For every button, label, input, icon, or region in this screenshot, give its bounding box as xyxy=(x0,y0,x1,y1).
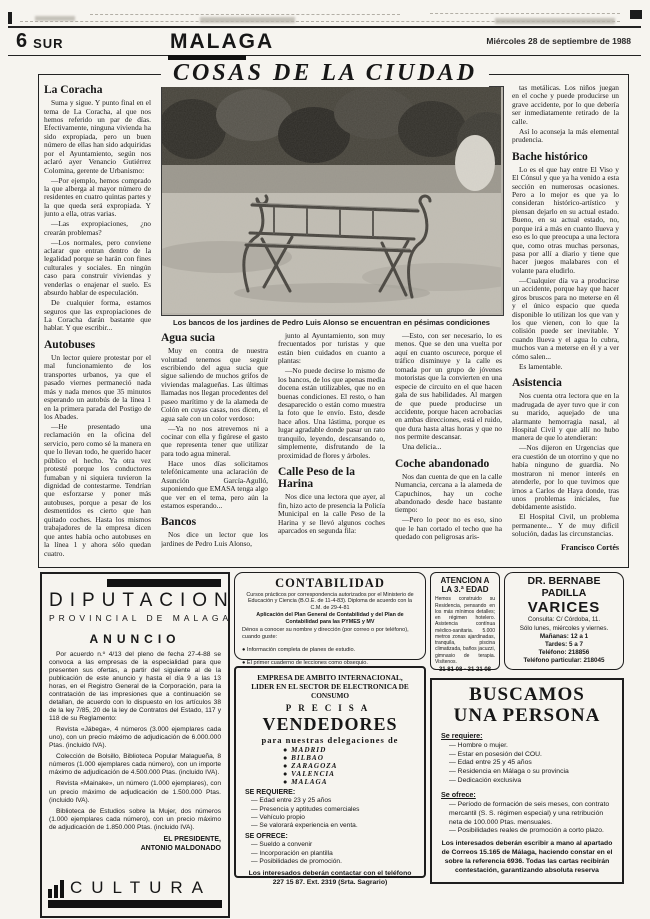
paragraph: Nos dice un lector que los jardines de P… xyxy=(161,531,268,548)
scan-smudge xyxy=(200,17,295,23)
vendedores-ofrece-label: SE OFRECE: xyxy=(245,833,415,840)
article-coche-abandonado: Coche abandonado Nos dan cuenta de que e… xyxy=(395,458,502,542)
contabilidad-title: CONTABILIDAD xyxy=(242,576,418,591)
article-calle-peso: Calle Peso de la Harina Nos dice una lec… xyxy=(278,466,385,535)
doctor-name-line1: DR. BERNABE xyxy=(511,576,617,588)
article-body: Suma y sigue. Y punto final en el tema d… xyxy=(44,99,151,333)
photo-benches xyxy=(161,86,504,316)
article-body: Nos dice un lector que los jardines de P… xyxy=(161,531,268,548)
paragraph: —Los normales, pero conviene aclarar que… xyxy=(44,239,151,298)
paragraph: —No puede decirse lo mismo de los bancos… xyxy=(278,367,385,460)
author-signature: Francisco Cortés xyxy=(512,543,619,552)
contabilidad-authorization: Cursos prácticos por correspondencia aut… xyxy=(242,592,418,611)
article-calle-peso-continuation: —Esto, con ser necesario, lo es menos. Q… xyxy=(395,332,502,452)
paragraph: ● Información completa de planes de estu… xyxy=(242,647,418,654)
anuncio-signer: ANTONIO MALDONADO xyxy=(49,844,221,853)
cultura-logo: CULTURA xyxy=(48,878,222,908)
column-5: tas metálicas. Los niños juegan en el co… xyxy=(512,84,619,562)
scan-smudge xyxy=(35,16,75,21)
article-bache-historico: Bache histórico Lo es el que hay entre E… xyxy=(512,151,619,372)
date-label: Miércoles 28 de septiembre de 1988 xyxy=(486,36,631,46)
vendedores-requiere-list: — Edad entre 23 y 25 años— Presencia y a… xyxy=(245,797,415,830)
paragraph: — Presencia y aptitudes comerciales xyxy=(251,806,415,814)
article-heading: Autobuses xyxy=(44,339,151,351)
paragraph: Por acuerdo n.º 4/13 del pleno de fecha … xyxy=(49,651,221,723)
buscamos-title-line1: BUSCAMOS xyxy=(441,685,613,706)
varices-consulta: Consulta: C/ Córdoba, 11. xyxy=(511,616,617,624)
photo-caption: Los bancos de los jardines de Pedro Luis… xyxy=(161,318,502,327)
ad-contabilidad: CONTABILIDAD Cursos prácticos por corres… xyxy=(234,572,426,660)
diputacion-black-bar xyxy=(107,579,221,587)
article-heading: Coche abandonado xyxy=(395,458,502,470)
buscamos-footer: Los interesados deberán escribir a mano … xyxy=(441,840,613,875)
newspaper-page: { "header": { "page_number": "6", "editi… xyxy=(0,0,650,919)
city-label: MALAGA xyxy=(170,30,274,54)
cultura-wordmark: CULTURA xyxy=(70,878,212,898)
ad-buscamos-persona: BUSCAMOS UNA PERSONA Se requiere: — Homb… xyxy=(430,678,624,884)
paragraph: Revista «Mainake», un número (1.000 ejem… xyxy=(49,780,221,804)
article-heading: Agua sucia xyxy=(161,332,268,344)
article-body: Lo es el que hay entre El Viso y El Cóns… xyxy=(512,166,619,372)
paragraph: — Posibilidades reales de promoción a co… xyxy=(449,827,613,836)
article-heading: Asistencia xyxy=(512,377,619,389)
atencion-title-line2: LA 3.ª EDAD xyxy=(435,585,495,594)
column-1: La Coracha Suma y sigue. Y punto final e… xyxy=(44,84,151,562)
paragraph: — Incorporación en plantilla xyxy=(251,850,415,858)
article-agua-sucia: Agua sucia Muy en contra de nuestra volu… xyxy=(161,332,268,510)
atencion-body: Hemos construido su Residencia, pensando… xyxy=(435,596,495,665)
vendedores-footer: Los interesados deberán contactar con el… xyxy=(245,870,415,888)
paragraph: — Se valorará experiencia en venta. xyxy=(251,822,415,830)
scan-mark xyxy=(8,12,12,24)
paragraph: ● VALENCIA xyxy=(283,770,415,778)
diputacion-logo: DIPUTACION xyxy=(49,590,221,612)
paragraph: El Hospital Civil, un problema permanent… xyxy=(512,513,619,538)
page-header: 6 SUR MALAGA Miércoles 28 de septiembre … xyxy=(8,26,641,56)
article-coche-continuation: tas metálicas. Los niños juegan en el co… xyxy=(512,84,619,145)
paragraph: — Vehículo propio xyxy=(251,814,415,822)
vendedores-requiere-label: SE REQUIERE: xyxy=(245,789,415,796)
paragraph: —He presentado una reclamación en la ofi… xyxy=(44,423,151,558)
paragraph: Hace unos días solicitamos telefónicamen… xyxy=(161,460,268,511)
scan-artifact xyxy=(430,13,620,14)
buscamos-title-line2: UNA PERSONA xyxy=(441,706,613,727)
paragraph: — Residencia en Málaga o su provincia xyxy=(449,768,613,777)
ad-diputacion: DIPUTACION PROVINCIAL DE MALAGA ANUNCIO … xyxy=(40,572,230,918)
paragraph: Así lo aconseja la más elemental prudenc… xyxy=(512,128,619,145)
paragraph: — Período de formación de seis meses, co… xyxy=(449,801,613,827)
atencion-phone: 31 81 08 - 31 21 08 xyxy=(435,667,495,673)
photo-illustration xyxy=(162,87,501,313)
paragraph: Nos dice una lectora que ayer, al fin, h… xyxy=(278,493,385,535)
paragraph: — Estar en posesión del COU. xyxy=(449,751,613,760)
article-body: Nos dice una lectora que ayer, al fin, h… xyxy=(278,493,385,535)
article-asistencia: Asistencia Nos cuenta otra lectora que e… xyxy=(512,377,619,539)
varices-phone: Teléfono: 218856 xyxy=(511,649,617,657)
paragraph: ● MADRID xyxy=(283,746,415,754)
article-autobuses: Autobuses Un lector quiere protestar por… xyxy=(44,339,151,558)
scan-smudge xyxy=(495,18,615,24)
section-title: COSAS DE LA CIUDAD xyxy=(161,60,489,87)
article-body: Un lector quiere protestar por el mal fu… xyxy=(44,354,151,558)
cultura-bars-icon xyxy=(48,880,64,898)
paragraph: —Pero lo peor no es eso, sino que le han… xyxy=(395,516,502,541)
article-body: Muy en contra de nuestra voluntad tenemo… xyxy=(161,347,268,510)
vendedores-header: EMPRESA DE AMBITO INTERNACIONAL, LIDER E… xyxy=(245,673,415,700)
varices-phone-private: Teléfono particular: 218045 xyxy=(511,657,617,665)
varices-hours-evening: Tardes: 5 a 7 xyxy=(511,641,617,649)
article-body: Nos dan cuenta de que en la calle Numanc… xyxy=(395,473,502,542)
paragraph: Suma y sigue. Y punto final en el tema d… xyxy=(44,99,151,175)
column-2: Agua sucia Muy en contra de nuestra volu… xyxy=(161,332,268,562)
column-3: junto al Ayuntamiento, son muy frecuenta… xyxy=(278,332,385,562)
paragraph: ● BILBAO xyxy=(283,754,415,762)
paragraph: — Posibilidades de promoción. xyxy=(251,858,415,866)
paragraph: Una delicia... xyxy=(395,443,502,451)
vendedores-precisa: PRECISA xyxy=(245,703,415,713)
paragraph: —Por ejemplo, hemos comprado la que albe… xyxy=(44,177,151,219)
page-number: 6 xyxy=(16,30,27,53)
paragraph: — Edad entre 25 y 45 años xyxy=(449,759,613,768)
buscamos-ofrece-label: Se ofrece: xyxy=(441,790,613,799)
paragraph: — Sueldo a convenir xyxy=(251,841,415,849)
article-heading: La Coracha xyxy=(44,84,151,96)
paragraph: — Edad entre 23 y 25 años xyxy=(251,797,415,805)
paragraph: Lo es el que hay entre El Viso y El Cóns… xyxy=(512,166,619,276)
paragraph: Muy en contra de nuestra voluntad tenemo… xyxy=(161,347,268,423)
article-body: Nos cuenta otra lectora que en la madrug… xyxy=(512,392,619,538)
anuncio-heading: ANUNCIO xyxy=(49,632,221,646)
paragraph: De cualquier forma, estamos seguros que … xyxy=(44,299,151,333)
contabilidad-bullets: ● Información completa de planes de estu… xyxy=(242,647,418,667)
varices-title: VARICES xyxy=(511,599,617,616)
article-bancos-continuation: junto al Ayuntamiento, son muy frecuenta… xyxy=(278,332,385,460)
paragraph: tas metálicas. Los niños juegan en el co… xyxy=(512,84,619,126)
article-heading: Calle Peso de la Harina xyxy=(278,466,385,490)
ad-varices: DR. BERNABE PADILLA VARICES Consulta: C/… xyxy=(504,572,624,670)
buscamos-requiere-label: Se requiere: xyxy=(441,731,613,740)
paragraph: — Hombre o mujer. xyxy=(449,742,613,751)
paragraph: Biblioteca de Estudios sobre la Mujer, d… xyxy=(49,808,221,832)
vendedores-subtitle: para nuestras delegaciones de xyxy=(245,735,415,745)
paragraph: junto al Ayuntamiento, son muy frecuenta… xyxy=(278,332,385,366)
vendedores-cities: ● MADRID● BILBAO● ZARAGOZA● VALENCIA● MA… xyxy=(245,746,415,786)
edition-label: SUR xyxy=(33,36,63,51)
paragraph: ● ZARAGOZA xyxy=(283,762,415,770)
varices-days: Sólo lunes, miércoles y viernes. xyxy=(511,625,617,633)
paragraph: —Cualquier día va a producirse un accide… xyxy=(512,277,619,361)
ad-atencion-3-edad: ATENCION A LA 3.ª EDAD Hemos construido … xyxy=(430,572,500,670)
atencion-title-line1: ATENCION A xyxy=(435,576,495,585)
vendedores-title: VENDEDORES xyxy=(245,714,415,735)
paragraph: —Esto, con ser necesario, lo es menos. Q… xyxy=(395,332,502,442)
paragraph: Colección de Bolsillo, Biblioteca Popula… xyxy=(49,753,221,777)
paragraph: Nos cuenta otra lectora que en la madrug… xyxy=(512,392,619,443)
doctor-name-line2: PADILLA xyxy=(511,588,617,600)
diputacion-subtitle: PROVINCIAL DE MALAGA xyxy=(49,613,221,623)
contabilidad-plan: Aplicación del Plan General de Contabili… xyxy=(242,612,418,625)
paragraph: — Dedicación exclusiva xyxy=(449,777,613,786)
contabilidad-offer: Dénos a conocer su nombre y dirección (p… xyxy=(242,627,418,641)
paragraph: —Nos dijeron en Urgencias que era cuesti… xyxy=(512,444,619,512)
ad-vendedores: EMPRESA DE AMBITO INTERNACIONAL, LIDER E… xyxy=(234,666,426,878)
buscamos-requiere-list: — Hombre o mujer.— Estar en posesión del… xyxy=(441,742,613,786)
vendedores-ofrece-list: — Sueldo a convenir— Incorporación en pl… xyxy=(245,841,415,866)
article-heading: Bancos xyxy=(161,516,268,528)
paragraph: Un lector quiere protestar por el mal fu… xyxy=(44,354,151,422)
paragraph: —Ya no nos atrevemos ni a cocinar con el… xyxy=(161,425,268,459)
varices-hours-morning: Mañanas: 12 a 1 xyxy=(511,633,617,641)
paragraph: Revista «Jábega», 4 números (3.000 ejemp… xyxy=(49,726,221,750)
column-4: —Esto, con ser necesario, lo es menos. Q… xyxy=(395,332,502,562)
paragraph: —Las expropiaciones, ¿no crearán problem… xyxy=(44,220,151,237)
paragraph: Es lamentable. xyxy=(512,363,619,371)
paragraph: ● MALAGA xyxy=(283,778,415,786)
scan-mark xyxy=(630,10,642,19)
buscamos-ofrece-list: — Período de formación de seis meses, co… xyxy=(441,801,613,836)
scan-artifact xyxy=(90,14,400,15)
anuncio-body: Por acuerdo n.º 4/13 del pleno de fecha … xyxy=(49,651,221,832)
article-la-coracha: La Coracha Suma y sigue. Y punto final e… xyxy=(44,84,151,333)
article-heading: Bache histórico xyxy=(512,151,619,163)
article-bancos: Bancos Nos dice un lector que los jardin… xyxy=(161,516,268,548)
anuncio-signoff: EL PRESIDENTE, xyxy=(49,835,221,844)
paragraph: Nos dan cuenta de que en la calle Numanc… xyxy=(395,473,502,515)
